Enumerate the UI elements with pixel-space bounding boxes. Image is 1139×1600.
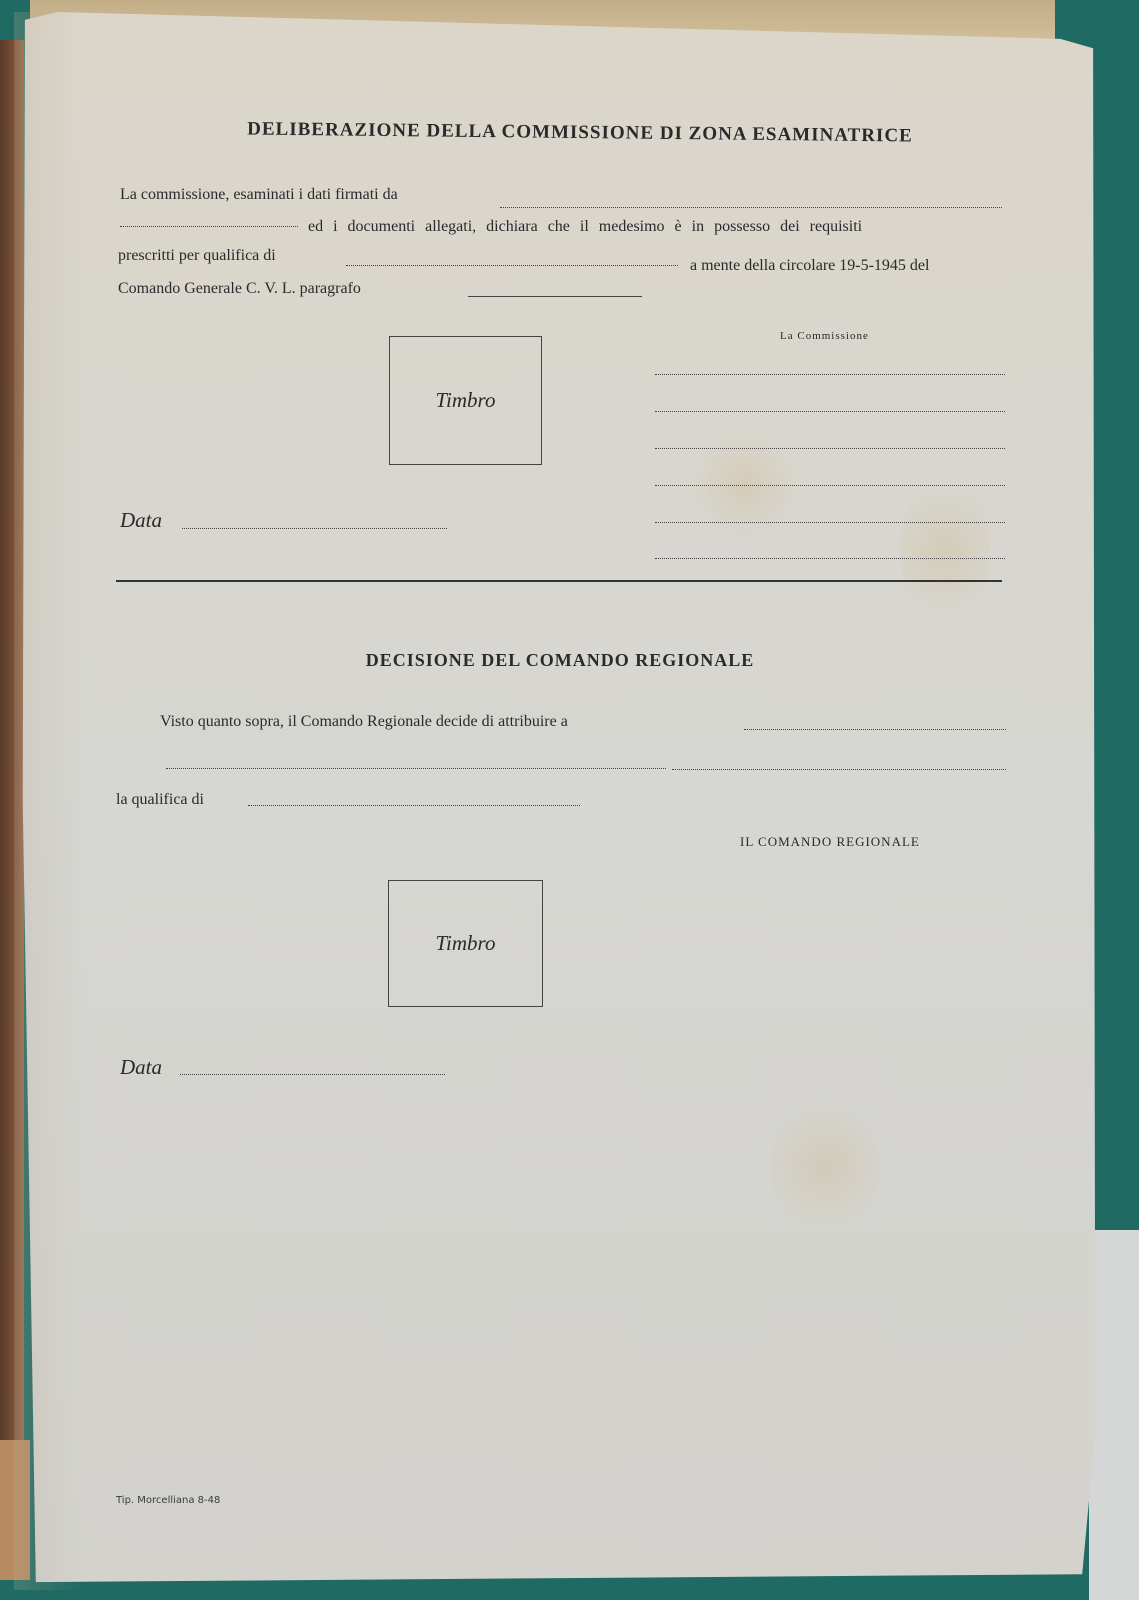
signer-name-field[interactable] xyxy=(500,207,1002,208)
stamp-label: Timbro xyxy=(436,388,496,413)
section2-line3: la qualifica di xyxy=(116,791,204,809)
background-patch xyxy=(1089,1230,1139,1600)
commission-label: La Commissione xyxy=(780,330,869,342)
desk-edge-lower xyxy=(0,1440,30,1580)
commission-signature-1[interactable] xyxy=(655,374,1005,375)
commission-signature-5[interactable] xyxy=(655,522,1005,523)
section2-line1: Visto quanto sopra, il Comando Regionale… xyxy=(160,713,568,731)
stamp-box-commission: Timbro xyxy=(389,336,542,465)
desk-edge xyxy=(0,40,24,1580)
assignee-field[interactable] xyxy=(744,729,1006,730)
assignee-field-cont2[interactable] xyxy=(672,769,1006,770)
commission-signature-4[interactable] xyxy=(655,485,1005,486)
regional-command-label: IL COMANDO REGIONALE xyxy=(740,834,920,850)
section-divider xyxy=(116,580,1002,582)
date-label: Data xyxy=(120,1055,162,1080)
section2-title: DECISIONE DEL COMANDO REGIONALE xyxy=(90,650,1030,671)
stamp-label: Timbro xyxy=(436,931,496,956)
date-label: Data xyxy=(120,508,162,533)
section1-line2: ed i documenti allegati, dichiara che il… xyxy=(308,218,862,236)
regional-qualification-field[interactable] xyxy=(248,805,580,806)
signer-name-field-cont[interactable] xyxy=(120,226,298,227)
qualification-field[interactable] xyxy=(346,265,678,266)
date-field-regional[interactable] xyxy=(180,1074,445,1075)
commission-signature-2[interactable] xyxy=(655,411,1005,412)
printer-imprint: Tip. Morcelliana 8-48 xyxy=(116,1495,220,1506)
date-field-commission[interactable] xyxy=(182,528,447,529)
assignee-field-cont[interactable] xyxy=(166,768,666,769)
paragraph-field[interactable] xyxy=(468,296,642,297)
commission-signature-6[interactable] xyxy=(655,558,1005,559)
section1-line4: Comando Generale C. V. L. paragrafo xyxy=(118,280,361,298)
stamp-box-regional: Timbro xyxy=(388,880,543,1007)
commission-signature-3[interactable] xyxy=(655,448,1005,449)
section1-line3b: a mente della circolare 19-5-1945 del xyxy=(690,257,929,275)
section1-line3a: prescritti per qualifica di xyxy=(118,247,276,265)
section1-line1: La commissione, esaminati i dati firmati… xyxy=(120,186,398,204)
